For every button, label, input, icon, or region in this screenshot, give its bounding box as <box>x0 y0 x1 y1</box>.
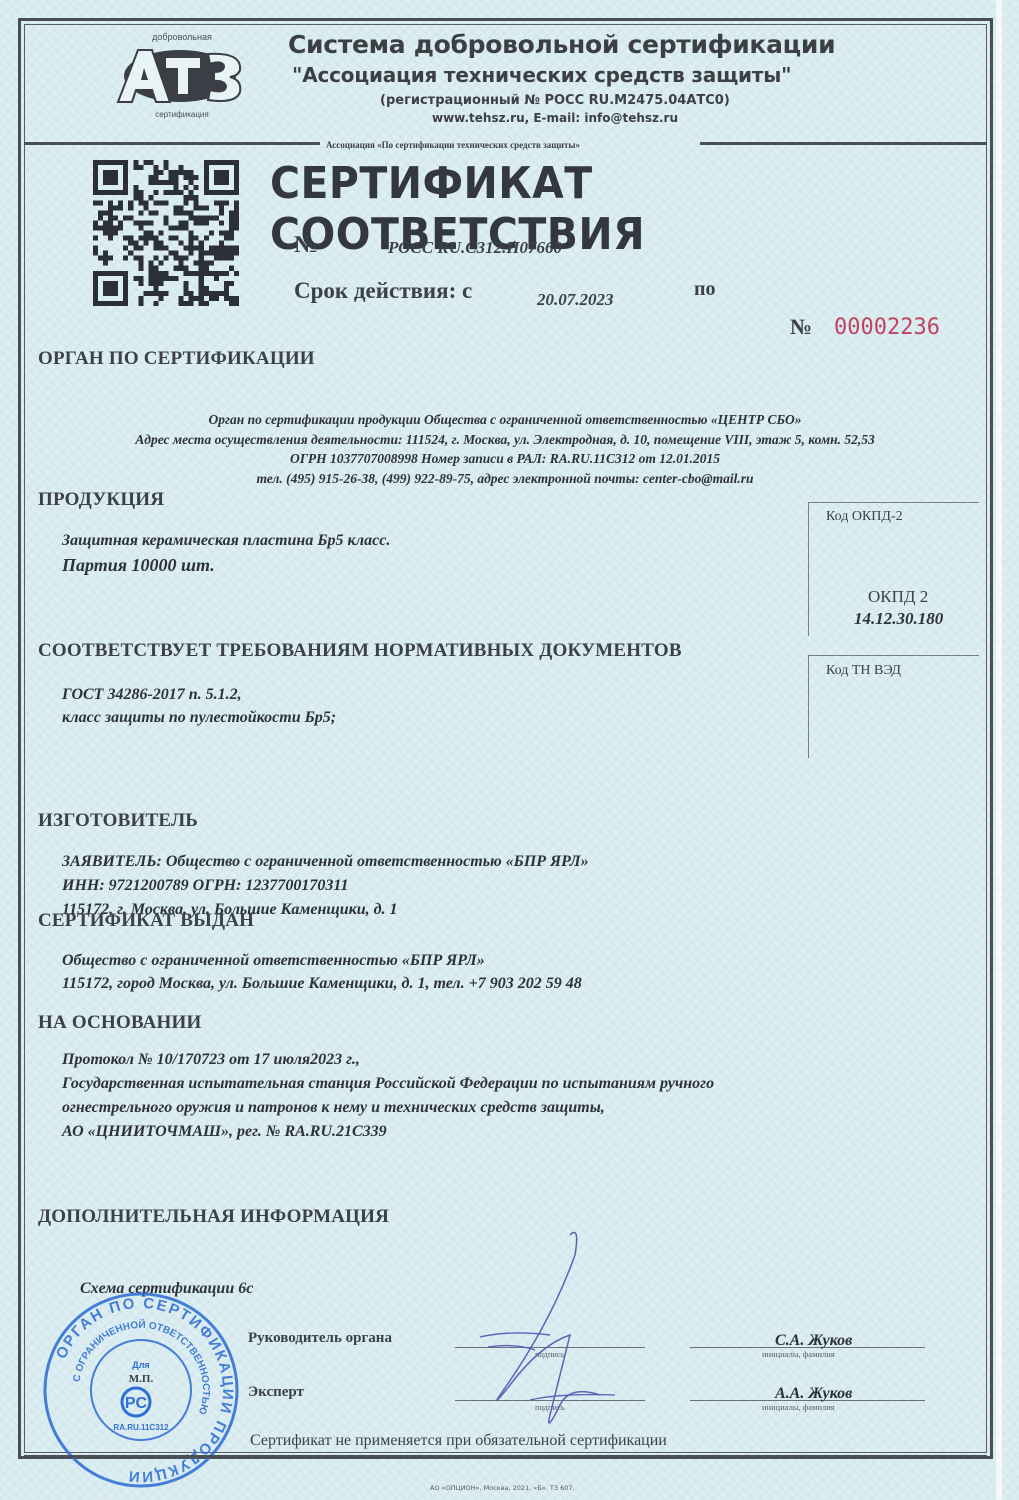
body-line: Орган по сертификации продукции Общества… <box>40 410 970 430</box>
okpd-name: ОКПД 2 <box>868 587 928 607</box>
svg-text:PC: PC <box>125 1395 148 1412</box>
section-conformity: СООТВЕТСТВУЕТ ТРЕБОВАНИЯМ НОРМАТИВНЫХ ДО… <box>38 640 682 662</box>
divider-left <box>24 142 320 145</box>
svg-text:RA.RU.11С312: RA.RU.11С312 <box>113 1423 169 1432</box>
product-line: Защитная керамическая пластина Бр5 класс… <box>62 532 390 550</box>
name-caption: инициалы, фамилия <box>762 1349 835 1359</box>
serial-sign: № <box>790 314 812 340</box>
head-label: Руководитель органа <box>248 1330 392 1347</box>
manufacturer-line: ЗАЯВИТЕЛЬ: Общество с ограниченной ответ… <box>62 853 589 871</box>
issued-to-line: 115172, город Москва, ул. Большие Каменщ… <box>62 975 582 993</box>
svg-text:М.П.: М.П. <box>129 1373 154 1385</box>
official-stamp: ОРГАН ПО СЕРТИФИКАЦИИ ПРОДУКЦИИ С ОГРАНИ… <box>36 1290 246 1490</box>
section-product: ПРОДУКЦИЯ <box>38 489 164 511</box>
body-line: тел. (495) 915-26-38, (499) 922-89-75, а… <box>40 469 970 489</box>
svg-text:добровольная: добровольная <box>152 32 212 42</box>
tnved-label: Код ТН ВЭД <box>826 663 901 679</box>
handwritten-signature <box>440 1225 640 1455</box>
section-certification-body: ОРГАН ПО СЕРТИФИКАЦИИ <box>38 348 315 370</box>
system-title: Система добровольной сертификации <box>288 30 835 59</box>
valid-to-label: по <box>694 278 716 301</box>
basis-line: Государственная испытательная станция Ро… <box>62 1075 714 1093</box>
section-issued-to: СЕРТИФИКАТ ВЫДАН <box>38 910 254 932</box>
basis-line: АО «ЦНИИТОЧМАШ», рег. № RA.RU.21С339 <box>62 1123 387 1141</box>
basis-line: огнестрельного оружия и патронов к нему … <box>62 1099 605 1117</box>
registration-number: (регистрационный № РОСС RU.M2475.04АТС0) <box>380 93 730 108</box>
contacts: www.tehsz.ru, E-mail: info@tehsz.ru <box>432 111 678 125</box>
divider-right <box>700 142 987 145</box>
manufacturer-line: ИНН: 9721200789 ОГРН: 1237700170311 <box>62 877 349 895</box>
body-line: ОГРН 1037707008998 Номер записи в РАЛ: R… <box>40 449 970 469</box>
certificate-number: РОСС RU.С312.Н07660 <box>388 238 562 258</box>
product-batch: Партия 10000 шт. <box>62 555 215 576</box>
certification-body-details: Орган по сертификации продукции Общества… <box>40 410 970 488</box>
body-line: Адрес места осуществления деятельности: … <box>40 430 970 450</box>
section-additional-info: ДОПОЛНИТЕЛЬНАЯ ИНФОРМАЦИЯ <box>38 1206 389 1228</box>
name-caption: инициалы, фамилия <box>762 1402 835 1412</box>
head-name: С.А. Жуков <box>775 1332 852 1350</box>
expert-label: Эксперт <box>248 1384 304 1401</box>
ats-logo: добровольная сертификация <box>112 28 252 120</box>
svg-text:Для: Для <box>132 1360 149 1370</box>
svg-text:сертификация: сертификация <box>155 110 208 119</box>
okpd-label: Код ОКПД-2 <box>826 509 903 525</box>
association-line: Ассоциация «По сертификации технических … <box>326 140 580 150</box>
bottom-divider <box>24 1455 987 1458</box>
number-sign: № <box>294 232 318 259</box>
validity-label: Срок действия: с <box>294 278 472 304</box>
okpd-code: 14.12.30.180 <box>854 609 943 629</box>
qr-code <box>93 160 239 306</box>
issued-to-line: Общество с ограниченной ответственностью… <box>62 952 485 970</box>
section-basis: НА ОСНОВАНИИ <box>38 1012 201 1034</box>
expert-name: А.А. Жуков <box>775 1385 852 1403</box>
serial-number: 00002236 <box>834 315 940 340</box>
valid-from-date: 20.07.2023 <box>537 290 614 310</box>
association-title: "Ассоциация технических средств защиты" <box>292 63 791 87</box>
page-edge <box>996 0 1002 1500</box>
printer-imprint: АО «ОПЦИОН», Москва, 2021, «Б». ТЗ 607. <box>430 1484 575 1492</box>
basis-line: Протокол № 10/170723 от 17 июля2023 г., <box>62 1051 360 1069</box>
standard-line: класс защиты по пулестойкости Бр5; <box>62 709 336 727</box>
section-manufacturer: ИЗГОТОВИТЕЛЬ <box>38 810 198 832</box>
certificate-title: СЕРТИФИКАТ СООТВЕТСТВИЯ <box>270 158 967 260</box>
standard-line: ГОСТ 34286-2017 п. 5.1.2, <box>62 686 242 704</box>
